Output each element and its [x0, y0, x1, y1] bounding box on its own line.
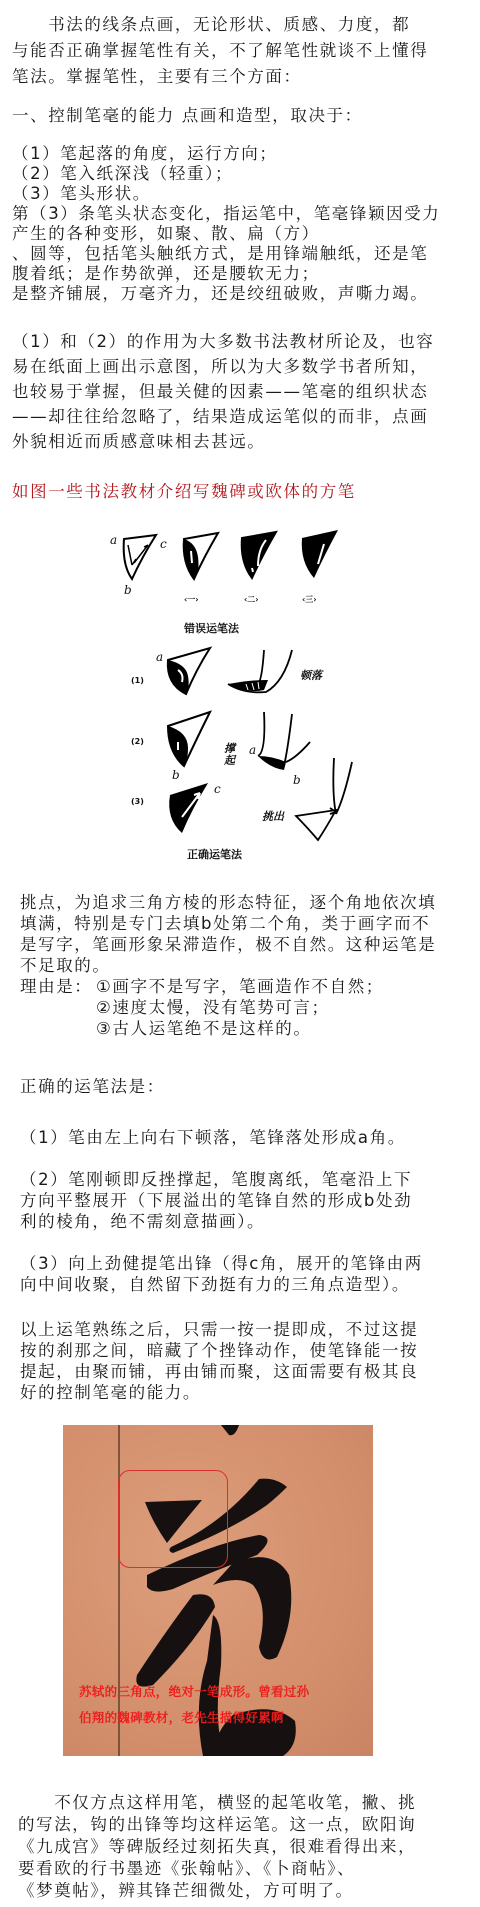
- text-line: 填满，特别是专门去填b处第二个角，类于画字而不: [20, 914, 430, 934]
- text-line: 不足取的。: [20, 956, 111, 976]
- list-item: （1）笔起落的角度，运行方向；: [12, 144, 278, 164]
- wrong-method-caption: 错误运笔法: [184, 620, 239, 636]
- photo-caption-line: 伯翔的魏碑教材，老先生描得好累啊: [79, 1708, 284, 1726]
- point-label-b: b: [172, 768, 180, 782]
- point-label-a: a: [156, 650, 163, 664]
- step-label: (1): [131, 676, 144, 685]
- reason-label: 理由是：: [20, 977, 92, 997]
- text-line: 也较易于掌握，但最关健的因素——笔毫的组织状态: [12, 382, 428, 402]
- text-line: 好的控制笔毫的能力。: [20, 1383, 201, 1403]
- brush-press-icon: [228, 650, 294, 696]
- text-line: 外貌相近而质感意味相去甚远。: [12, 432, 265, 452]
- section-heading: 正确的运笔法是：: [20, 1077, 165, 1097]
- list-item: （2）笔入纸深浅（轻重）；: [12, 164, 233, 184]
- step-text: 方向平整展开（下展溢出的笔锋自然的形成b处劲: [20, 1191, 412, 1211]
- red-heading: 如图一些书法教材介绍写魏碑或欧体的方笔: [12, 482, 356, 502]
- text-line: 不仅方点这样用笔，横竖的起笔收笔，撇、挑: [18, 1793, 416, 1813]
- list-item: （3）笔头形状。: [12, 184, 151, 204]
- text-line: 要看欧的行书墨迹《张翰帖》、《卜商帖》、: [18, 1859, 355, 1879]
- correct-method-caption: 正确运笔法: [187, 846, 242, 862]
- brush-flick-icon: [296, 758, 352, 842]
- point-label-c: c: [214, 782, 221, 796]
- text-line: （1）和（2）的作用为大多数书法教材所论及，也容: [12, 332, 434, 352]
- step-text: 向中间收聚，自然留下劲挺有力的三角点造型）。: [20, 1275, 410, 1295]
- text-line: 易在纸面上画出示意图，所以为大多数学书者所知，: [12, 357, 428, 377]
- sub-label: ‹三›: [302, 594, 317, 605]
- text-line: 提起，由聚而铺，再由铺而聚，这面需要有极其良: [20, 1362, 418, 1382]
- step-text: 利的棱角，绝不需刻意描画）。: [20, 1212, 265, 1232]
- section-heading: 一、控制笔毫的能力 点画和造型，取决于：: [12, 106, 363, 126]
- text-line: 书法的线条点画，无论形状、质感、力度，都: [12, 15, 410, 35]
- point-label-a: a: [110, 533, 117, 547]
- text-line: 是写字，笔画形象呆滞造作，极不自然。这种运笔是: [20, 935, 436, 955]
- text-line: 笔法。掌握笔性，主要有三个方面：: [12, 67, 302, 87]
- step2-stroke-icon: [166, 712, 214, 770]
- text-line: 以上运笔熟练之后，只需一按一提即成，不过这提: [20, 1320, 418, 1340]
- point-label-a2: a: [249, 743, 256, 757]
- step1-stroke-icon: [166, 648, 214, 698]
- step-label: (3): [131, 797, 144, 806]
- reason-item: ②速度太慢，没有笔势可言；: [96, 998, 330, 1018]
- triangle-partial-fill-icon: [182, 533, 222, 583]
- annotation-dunluo: 顿落: [300, 667, 322, 683]
- annotation-chengqi: 撑起: [224, 743, 242, 767]
- reason-item: ③古人运笔绝不是这样的。: [96, 1019, 312, 1039]
- text-line: 的写法，钩的出锋等均这样运笔。这一点，欧阳询: [18, 1815, 416, 1835]
- sub-label: ‹二›: [244, 594, 259, 605]
- text-line: 腹着纸；是作势欲弹，还是腰软无力；: [12, 264, 320, 284]
- point-label-b: b: [124, 583, 132, 597]
- triangle-mostly-fill-icon: [240, 532, 280, 582]
- step-text: （1）笔由左上向右下顿落，笔锋落处形成a角。: [20, 1128, 406, 1148]
- text-line: 按的刹那之间，暗藏了个挫锋动作，使笔锋能一按: [20, 1341, 418, 1361]
- triangle-full-fill-icon: [300, 530, 342, 582]
- reason-item: ①画字不是写字，笔画造作不自然；: [96, 977, 384, 997]
- step-text: （2）笔刚顿即反挫撑起，笔腹离纸，笔毫沿上下: [20, 1170, 412, 1190]
- sub-label: ‹一›: [184, 594, 199, 605]
- highlight-box: [118, 1470, 228, 1568]
- calligraphy-photo: 苏轼的三角点，绝对一笔成形。曾看过孙 伯翔的魏碑教材，老先生描得好累啊: [63, 1425, 373, 1756]
- text-line: 是整齐铺展，万毫齐力，还是绞纽破败，声嘶力竭。: [12, 284, 428, 304]
- step-text: （3）向上劲健提笔出锋（得c角，展开的笔锋由两: [20, 1254, 423, 1274]
- text-line: 《梦奠帖》，辨其锋芒细微处，方可明了。: [18, 1881, 354, 1901]
- text-line: ——却往往给忽略了，结果造成运笔似的而非，点画: [12, 407, 428, 427]
- photo-caption-line: 苏轼的三角点，绝对一笔成形。曾看过孙: [79, 1682, 309, 1700]
- text-line: 《九成宫》等碑版经过刻拓失真，很难看得出来，: [18, 1837, 416, 1857]
- step3-stroke-icon: [166, 783, 212, 835]
- text-line: 第（3）条笔头状态变化，指运笔中，笔毫锋颖因受力: [12, 204, 440, 224]
- text-line: 产生的各种变形，如聚、散、扁（方）: [12, 224, 320, 244]
- point-label-c: c: [160, 537, 167, 551]
- text-line: 、圆等，包括笔头触纸方式，是用锋端触纸，还是笔: [12, 244, 428, 264]
- text-line: 挑点，为追求三角方棱的形态特征，逐个角地依次填: [20, 893, 436, 913]
- step-label: (2): [131, 737, 144, 746]
- annotation-tiaochu: 挑出: [262, 808, 284, 824]
- text-line: 与能否正确掌握笔性有关，不了解笔性就谈不上懂得: [12, 41, 428, 61]
